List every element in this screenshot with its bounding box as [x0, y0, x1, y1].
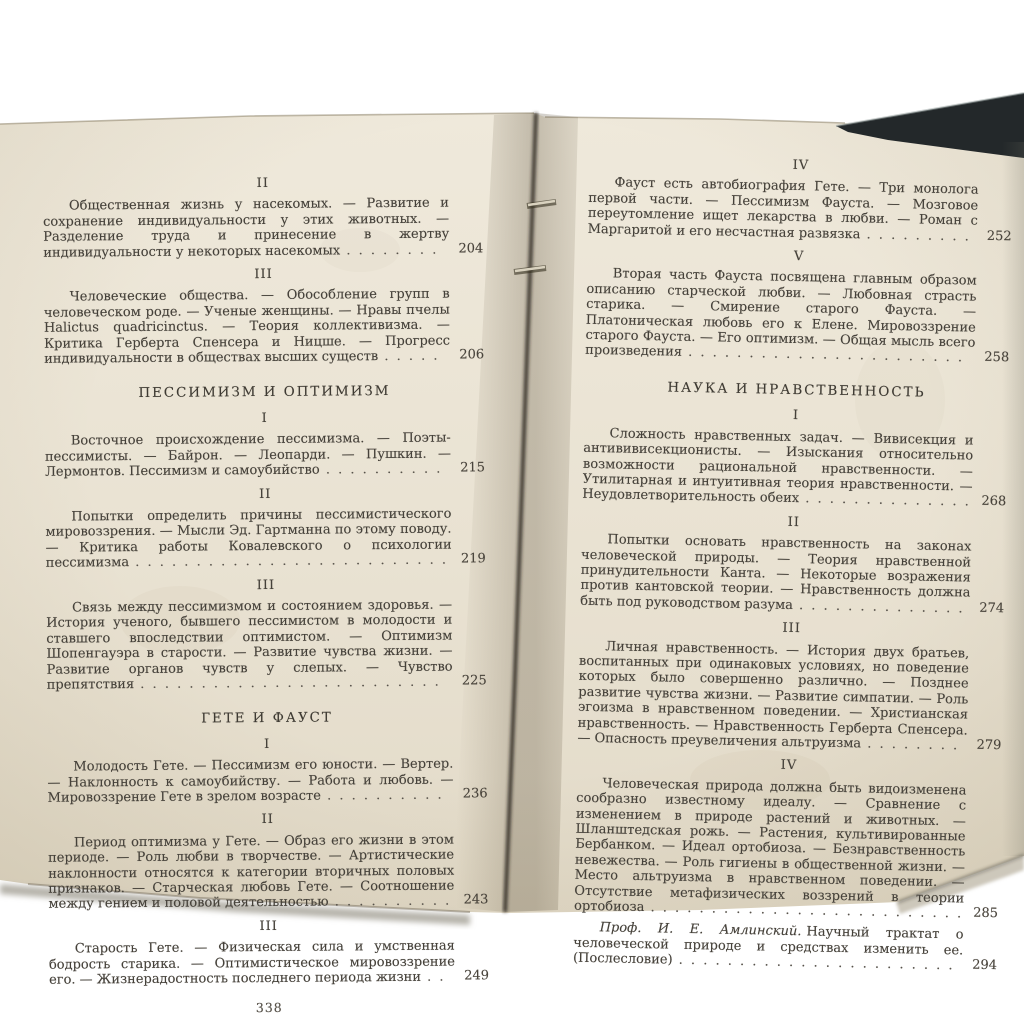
left-page: II Общественная жизнь у насекомых. — Раз… — [43, 166, 490, 1017]
dot-leader: . . . . . . . . . . — [329, 894, 452, 910]
entry-page-number: 236 — [463, 786, 488, 802]
toc-entry: Человеческие общества. — Обособление гру… — [44, 287, 485, 367]
toc-entry: Попытки основать нравственность на закон… — [580, 532, 1005, 618]
toc-entry: Старость Гете. — Физическая сила и умств… — [49, 939, 489, 989]
toc-entry: Человеческая природа должна быть видоизм… — [574, 776, 1001, 923]
toc-entry: Сложность нравственных задач. — Вивисекц… — [582, 425, 1007, 511]
entry-page-number: 249 — [464, 968, 489, 984]
toc-entry: Фауст есть автобиография Гете. — Три мон… — [588, 175, 1013, 245]
dot-leader: . . . . . . . . . — [860, 227, 971, 244]
section-numeral: II — [48, 811, 488, 830]
entry-text: Вторая часть Фауста посвящена главным об… — [585, 267, 977, 360]
entry-page-number: 219 — [461, 551, 486, 567]
entry-page-number: 225 — [462, 673, 487, 689]
toc-entry: Вторая часть Фауста посвящена главным об… — [585, 266, 1011, 367]
section-numeral: II — [45, 485, 485, 504]
section-numeral: II — [43, 174, 483, 193]
entry-page-number: 268 — [981, 494, 1006, 510]
section-numeral: III — [49, 917, 489, 936]
section-numeral: I — [47, 735, 487, 754]
right-toc: IV Фауст есть автобиография Гете. — Три … — [573, 154, 1013, 975]
entry-page-number: 285 — [973, 906, 998, 922]
toc-entry: Период оптимизма у Гете. — Образ его жиз… — [48, 832, 489, 912]
entry-page-number: 215 — [460, 460, 485, 476]
toc-entry: Связь между пессимизмом и состоянием здо… — [46, 597, 487, 693]
entry-page-number: 258 — [984, 350, 1009, 366]
left-toc: II Общественная жизнь у насекомых. — Раз… — [43, 174, 489, 988]
dot-leader: . . . . . . . . . . . . . . . . . . . . … — [129, 553, 448, 571]
section-heading: ПЕССИМИЗМ И ОПТИМИЗМ — [44, 384, 484, 403]
dot-leader: . . . . . . . . . . — [321, 788, 444, 804]
section-numeral: V — [587, 245, 1011, 269]
section-numeral: III — [46, 576, 486, 595]
dot-leader: . . . . . . . . . . . . . . . . . . . . … — [134, 675, 441, 692]
toc-entry: Молодость Гете. — Пессимизм его юности. … — [47, 756, 487, 806]
toc-entry: Общественная жизнь у насекомых. — Развит… — [43, 196, 483, 261]
entry-text: Личная нравственность. — История двух бр… — [577, 639, 969, 752]
entry-page-number: 243 — [464, 893, 489, 909]
entry-text: Старость Гете. — Физическая сила и умств… — [49, 939, 455, 988]
dot-leader: . . . . . . . . . . . . . . — [793, 598, 965, 616]
entry-page-number: 274 — [979, 600, 1004, 616]
entry-text: Человеческая природа должна быть видоизм… — [574, 776, 967, 915]
toc-entry: Попытки определить причины пессимистичес… — [45, 506, 485, 571]
entry-page-number: 294 — [972, 958, 997, 974]
entry-page-number: 204 — [458, 241, 483, 257]
toc-entry: Проф. И. Е. Амлинский.Научный трактат о … — [573, 920, 998, 975]
section-heading: ГЕТЕ И ФАУСТ — [47, 710, 487, 729]
entry-page-number: 206 — [459, 347, 484, 363]
section-heading: НАУКА И НРАВСТВЕННОСТЬ — [584, 379, 1008, 403]
right-page: IV Фауст есть автобиография Гете. — Три … — [573, 146, 1014, 981]
dot-leader: . . . . . — [378, 349, 439, 364]
dot-leader: . . . . . . . . . . — [320, 462, 443, 478]
entry-page-number: 252 — [987, 228, 1012, 244]
section-numeral: IV — [577, 754, 1001, 778]
section-numeral: I — [45, 409, 485, 428]
entry-page-number: 279 — [976, 738, 1001, 754]
section-numeral: IV — [589, 154, 1013, 178]
dot-leader: . . . . . . . . . . . . . . — [799, 491, 971, 509]
section-numeral: III — [580, 617, 1004, 641]
section-numeral: III — [43, 265, 483, 284]
toc-entry: Восточное происхождение пессимизма. — По… — [45, 431, 485, 481]
dot-leader: . . . . . . . . — [340, 242, 438, 258]
section-numeral: II — [582, 510, 1006, 534]
dot-leader: . . . . . . . . — [861, 736, 959, 753]
section-numeral: I — [584, 404, 1008, 428]
dot-leader: . . — [421, 970, 446, 985]
toc-entry: Личная нравственность. — История двух бр… — [577, 638, 1003, 754]
book-photo: II Общественная жизнь у насекомых. — Раз… — [0, 0, 1024, 1024]
